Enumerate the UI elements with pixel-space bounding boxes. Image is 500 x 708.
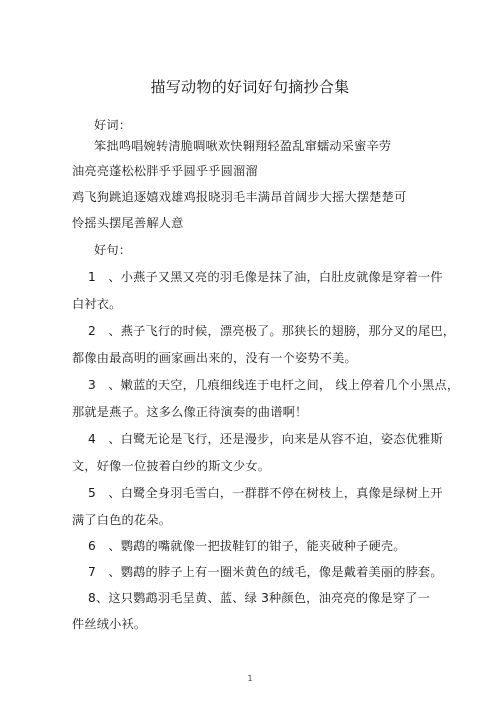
sentence-line: 1 、小燕子又黑又亮的羽毛像是抹了油，白肚皮就像是穿着一件 <box>88 268 443 285</box>
sentence-line: 件丝绒小袄。 <box>72 615 146 632</box>
page-number: 1 <box>0 674 500 683</box>
sentence-line: 3 、嫩蓝的天空，几痕细线连于电杆之间， 线上停着几个小黑点， <box>88 376 459 393</box>
sentence-line: 白衬衣。 <box>72 295 122 312</box>
sentence-line: 8、这只鹦鹉羽毛呈黄、蓝、绿 3种颜色，油亮亮的像是穿了一 <box>88 589 430 606</box>
sentence-line: 6 、鹦鹉的嘴就像一把拔鞋钉的钳子，能夹破种子硬壳。 <box>88 537 406 554</box>
sentence-line: 那就是燕子。这多么像正待演奏的曲谱啊！ <box>72 403 307 420</box>
good-words-line: 鸡飞狗跳追逐嬉戏雄鸡报晓羽毛丰满昂首阔步大摇大摆楚楚可 <box>72 188 406 205</box>
sentence-line: 4 、白鹭无论是飞行，还是漫步，向来是从容不迫，姿态优雅斯 <box>88 430 443 447</box>
good-sentences-heading: 好句： <box>94 241 131 258</box>
sentence-line: 5 、白鹭全身羽毛雪白，一群群不停在树枝上，真像是绿树上开 <box>88 484 443 501</box>
sentence-line: 文，好像一位披着白纱的斯文少女。 <box>72 457 270 474</box>
good-words-heading: 好词： <box>94 116 131 133</box>
good-words-line: 笨拙鸣唱婉转清脆啁啾欢快翱翔轻盈乱窜蠕动采蜜辛劳 <box>94 137 391 154</box>
sentence-line: 都像由最高明的画家画出来的，没有一个姿势不美。 <box>72 349 357 366</box>
sentence-line: 2 、燕子飞行的时候，漂亮极了。那狭长的翅膀，那分叉的尾巴， <box>88 322 455 339</box>
good-words-line: 怜摇头摆尾善解人意 <box>72 214 184 231</box>
good-words-line: 油亮亮蓬松松胖乎乎圆乎乎圆溜溜 <box>72 162 258 179</box>
sentence-line: 7 、鹦鹉的脖子上有一圈米黄色的绒毛，像是戴着美丽的脖套。 <box>88 563 443 580</box>
sentence-line: 满了白色的花朵。 <box>72 511 171 528</box>
document-title: 描写动物的好词好句摘抄合集 <box>0 76 500 97</box>
